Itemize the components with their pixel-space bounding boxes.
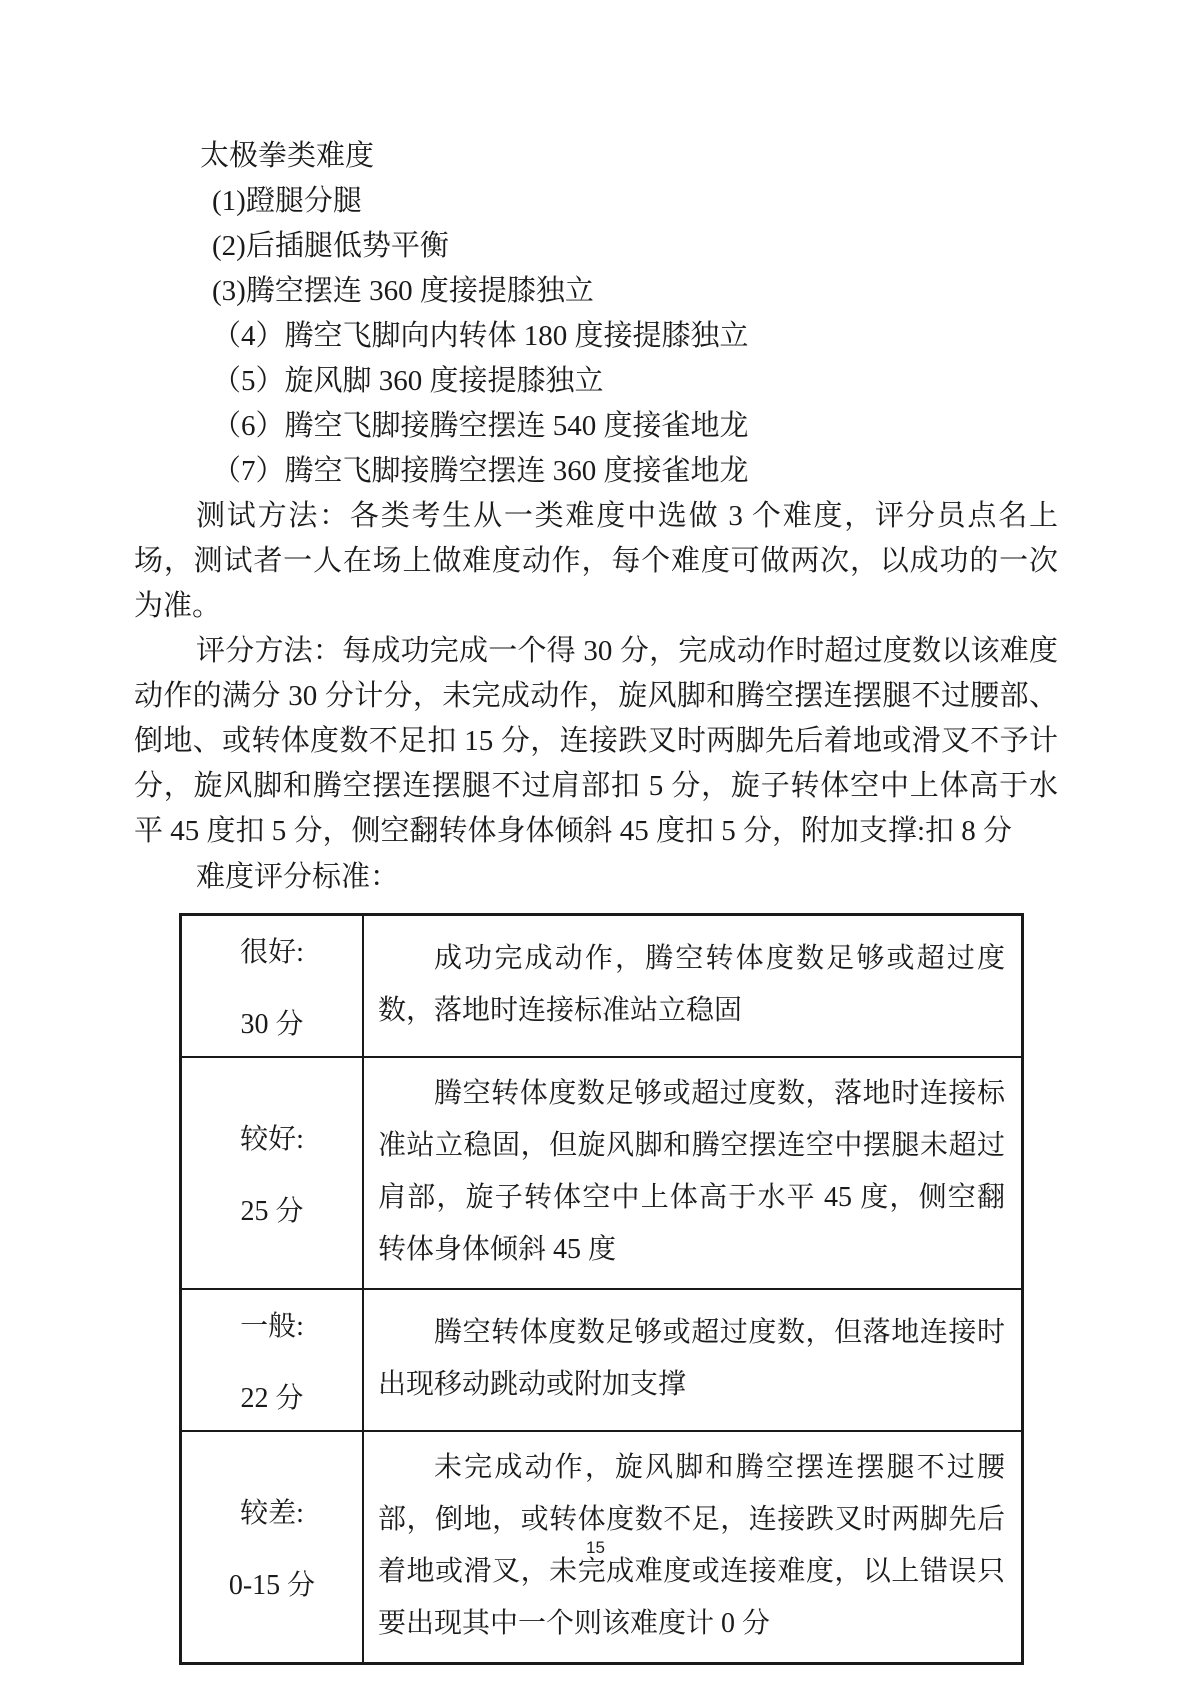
grade-cell: 一般: 22 分 [181,1289,364,1431]
grade-label: 很好: [240,930,304,970]
list-item-2: (2)后插腿低势平衡 [134,224,1058,269]
list-item-4: （4）腾空飞脚向内转体 180 度接提膝独立 [134,314,1058,359]
grade-score: 22 分 [240,1376,303,1416]
description-cell: 成功完成动作，腾空转体度数足够或超过度数，落地时连接标准站立稳固 [363,915,1023,1058]
grade-label: 较差: [240,1491,304,1531]
document-page: 太极拳类难度 (1)蹬腿分腿 (2)后插腿低势平衡 (3)腾空摆连 360 度接… [0,0,1191,1684]
table-row: 较好: 25 分 腾空转体度数足够或超过度数，落地时连接标准站立稳固，但旋风脚和… [181,1057,1023,1289]
list-item-7: （7）腾空飞脚接腾空摆连 360 度接雀地龙 [134,449,1058,494]
document-body: 太极拳类难度 (1)蹬腿分腿 (2)后插腿低势平衡 (3)腾空摆连 360 度接… [134,134,1058,1665]
description-text: 腾空转体度数足够或超过度数，但落地连接时出现移动跳动或附加支撑 [378,1307,1005,1411]
grade-cell: 较好: 25 分 [181,1057,364,1289]
grade-score: 30 分 [240,1002,303,1042]
grade-cell: 很好: 30 分 [181,915,364,1058]
table-row: 很好: 30 分 成功完成动作，腾空转体度数足够或超过度数，落地时连接标准站立稳… [181,915,1023,1058]
list-item-5: （5）旋风脚 360 度接提膝独立 [134,359,1058,404]
paragraph-scoring-method: 评分方法：每成功完成一个得 30 分，完成动作时超过度数以该难度动作的满分 30… [134,629,1058,854]
description-text: 腾空转体度数足够或超过度数，落地时连接标准站立稳固，但旋风脚和腾空摆连空中摆腿未… [378,1068,1005,1276]
paragraph-test-method: 测试方法：各类考生从一类难度中选做 3 个难度，评分员点名上场，测试者一人在场上… [134,494,1058,629]
grade-score: 0-15 分 [229,1563,315,1603]
table-row: 一般: 22 分 腾空转体度数足够或超过度数，但落地连接时出现移动跳动或附加支撑 [181,1289,1023,1431]
grade-label: 较好: [240,1117,304,1157]
description-cell: 腾空转体度数足够或超过度数，落地时连接标准站立稳固，但旋风脚和腾空摆连空中摆腿未… [363,1057,1023,1289]
list-item-6: （6）腾空飞脚接腾空摆连 540 度接雀地龙 [134,404,1058,449]
list-item-3: (3)腾空摆连 360 度接提膝独立 [134,269,1058,314]
page-number: 15 [0,1538,1191,1558]
section-heading: 太极拳类难度 [134,134,1058,179]
grade-score: 25 分 [240,1189,303,1229]
table-caption: 难度评分标准： [134,855,1058,900]
description-cell: 腾空转体度数足够或超过度数，但落地连接时出现移动跳动或附加支撑 [363,1289,1023,1431]
grade-label: 一般: [240,1304,304,1344]
list-item-1: (1)蹬腿分腿 [134,179,1058,224]
description-text: 成功完成动作，腾空转体度数足够或超过度数，落地时连接标准站立稳固 [378,933,1005,1037]
